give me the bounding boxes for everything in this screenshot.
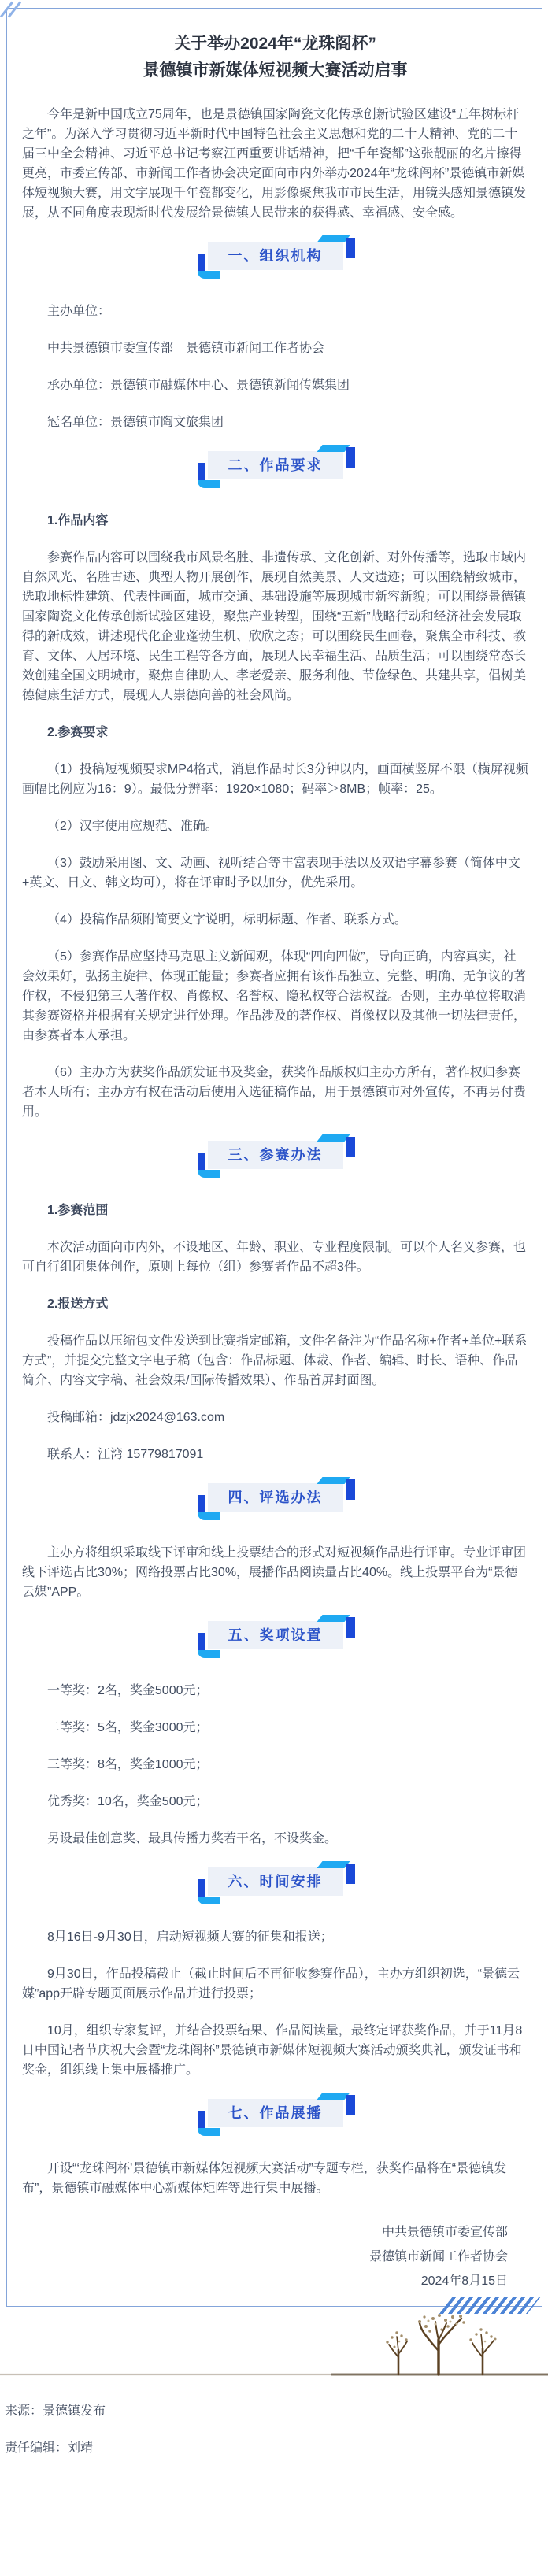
paragraph: 投稿作品以压缩包文件发送到比赛指定邮箱，文件名备注为“作品名称+作者+单位+联系…	[22, 1331, 528, 1390]
ribbon-right-bar-icon	[346, 2095, 355, 2115]
ribbon-left-bar-icon	[198, 2111, 205, 2129]
signature-block: 中共景德镇市委宣传部 景德镇市新闻工作者协会 2024年8月15日	[22, 2222, 528, 2292]
ribbon-right-bar-icon	[346, 1479, 355, 1500]
ribbon-left-foot-icon	[198, 480, 220, 488]
ribbon-left-bar-icon	[198, 463, 205, 481]
section-heading-work-requirements: 二、作品要求	[22, 451, 528, 479]
subheading: 2.报送方式	[22, 1294, 528, 1314]
host-unit-label: 主办单位：	[22, 302, 528, 321]
ribbon-left-foot-icon	[198, 2128, 220, 2136]
section-heading-organization: 一、组织机构	[22, 242, 528, 270]
ribbon-right-bar-icon	[346, 1137, 355, 1157]
submission-email-line: 投稿邮箱：jdzjx2024@163.com	[22, 1408, 528, 1427]
ribbon-left-foot-icon	[198, 1512, 220, 1520]
section-heading-text: 六、时间安排	[228, 1874, 323, 1889]
article-title-line2: 景德镇市新媒体短视频大赛活动启事	[22, 57, 528, 84]
paragraph: 主办方将组织采取线下评审和线上投票结合的形式对短视频作品进行评审。专业评审团线下…	[22, 1543, 528, 1602]
paragraph: （4）投稿作品须附简要文字说明，标明标题、作者、联系方式。	[22, 910, 528, 930]
award-third-prize: 三等奖：8名，奖金1000元；	[22, 1755, 528, 1775]
paragraph: （3）鼓励采用图、文、动画、视听结合等丰富表现手法以及双语字幕参赛（简体中文+英…	[22, 853, 528, 893]
diagonal-stripes-icon	[439, 2297, 540, 2314]
footer-editor: 责任编辑：刘靖	[5, 2438, 548, 2458]
section-heading-entry-method: 三、参赛办法	[22, 1141, 528, 1169]
ribbon-left-bar-icon	[198, 1879, 205, 1897]
schedule-collection-line: 8月16日-9月30日，启动短视频大赛的征集和报送；	[22, 1927, 528, 1947]
section-heading-box: 二、作品要求	[208, 451, 343, 479]
title-sponsor-line: 冠名单位：景德镇市陶文旅集团	[22, 413, 528, 432]
ribbon-left-foot-icon	[198, 1650, 220, 1658]
subheading: 1.作品内容	[22, 511, 528, 531]
article-page: 关于举办2024年“龙珠阁杯” 景德镇市新媒体短视频大赛活动启事 今年是新中国成…	[0, 8, 548, 2458]
organizer-unit-line: 承办单位：景德镇市融媒体中心、景德镇新闻传媒集团	[22, 376, 528, 395]
section-heading-text: 四、评选办法	[228, 1490, 323, 1505]
schedule-deadline-line: 9月30日，作品投稿截止（截止时间后不再征收参赛作品），主办方组织初选，“景德云…	[22, 1964, 528, 2004]
section-heading-text: 三、参赛办法	[228, 1147, 323, 1163]
section-heading-box: 七、作品展播	[208, 2099, 343, 2127]
host-unit-names: 中共景德镇市委宣传部 景德镇市新闻工作者协会	[22, 339, 528, 358]
section-heading-text: 七、作品展播	[228, 2105, 323, 2121]
signature-date: 2024年8月15日	[22, 2271, 508, 2292]
section-heading-box: 三、参赛办法	[208, 1141, 343, 1169]
section-heading-awards: 五、奖项设置	[22, 1621, 528, 1649]
ribbon-right-bar-icon	[346, 1864, 355, 1884]
section-heading-box: 六、时间安排	[208, 1867, 343, 1896]
section-heading-schedule: 六、时间安排	[22, 1867, 528, 1896]
paragraph: 开设“‘龙珠阁杯’景德镇市新媒体短视频大赛活动”专题专栏，获奖作品将在“景德镇发…	[22, 2159, 528, 2198]
paragraph: （1）投稿短视频要求MP4格式，消息作品时长3分钟以内，画面横竖屏不限（横屏视频…	[22, 760, 528, 799]
article-title-line1: 关于举办2024年“龙珠阁杯”	[22, 31, 528, 57]
paragraph: （2）汉字使用应规范、准确。	[22, 816, 528, 836]
paragraph: （6）主办方为获奖作品颁发证书及奖金，获奖作品版权归主办方所有，著作权归参赛者本…	[22, 1063, 528, 1122]
ribbon-left-bar-icon	[198, 1633, 205, 1651]
section-heading-box: 一、组织机构	[208, 242, 343, 270]
corner-slashes-icon	[5, 0, 36, 25]
ribbon-right-bar-icon	[346, 1617, 355, 1638]
section-heading-showcase: 七、作品展播	[22, 2099, 528, 2127]
section-heading-judging-method: 四、评选办法	[22, 1483, 528, 1512]
ribbon-left-foot-icon	[198, 1170, 220, 1178]
award-first-prize: 一等奖：2名，奖金5000元；	[22, 1681, 528, 1701]
award-extra-prizes: 另设最佳创意奖、最具传播力奖若干名，不设奖金。	[22, 1829, 528, 1849]
award-second-prize: 二等奖：5名，奖金3000元；	[22, 1718, 528, 1738]
ribbon-left-foot-icon	[198, 1897, 220, 1904]
contact-person-line: 联系人：江湾 15779817091	[22, 1445, 528, 1464]
signature-org-1: 中共景德镇市委宣传部	[22, 2222, 508, 2243]
section-heading-text: 二、作品要求	[228, 457, 323, 473]
schedule-final-review-line: 10月，组织专家复评，并结合投票结果、作品阅读量，最终定评获奖作品，并于11月8…	[22, 2021, 528, 2080]
ribbon-right-bar-icon	[346, 447, 355, 468]
ribbon-right-bar-icon	[346, 238, 355, 258]
ribbon-left-bar-icon	[198, 1495, 205, 1513]
article-title: 关于举办2024年“龙珠阁杯” 景德镇市新媒体短视频大赛活动启事	[22, 31, 528, 84]
paragraph: （5）参赛作品应坚持马克思主义新闻观，体现“四向四做”，导向正确，内容真实，社会…	[22, 947, 528, 1046]
paragraph: 参赛作品内容可以围绕我市风景名胜、非遗传承、文化创新、对外传播等，选取市域内自然…	[22, 548, 528, 705]
section-heading-box: 五、奖项设置	[208, 1621, 343, 1649]
signature-org-2: 景德镇市新闻工作者协会	[22, 2246, 508, 2267]
section-heading-text: 一、组织机构	[228, 248, 323, 264]
footer-source: 来源：景德镇发布	[5, 2401, 548, 2421]
section-heading-text: 五、奖项设置	[228, 1627, 323, 1643]
ribbon-left-foot-icon	[198, 271, 220, 279]
trees-illustration	[0, 2308, 548, 2390]
paragraph: 本次活动面向市内外，不设地区、年龄、职业、专业程度限制。可以个人名义参赛，也可自…	[22, 1238, 528, 1277]
award-excellence-prize: 优秀奖：10名，奖金500元；	[22, 1792, 528, 1812]
article-border-box: 关于举办2024年“龙珠阁杯” 景德镇市新媒体短视频大赛活动启事 今年是新中国成…	[6, 8, 542, 2307]
ribbon-left-bar-icon	[198, 1153, 205, 1171]
ribbon-left-bar-icon	[198, 254, 205, 272]
intro-paragraph: 今年是新中国成立75周年，也是景德镇国家陶瓷文化传承创新试验区建设“五年树标杆之…	[22, 105, 528, 223]
subheading: 1.参赛范围	[22, 1201, 528, 1220]
subheading: 2.参赛要求	[22, 723, 528, 742]
section-heading-box: 四、评选办法	[208, 1483, 343, 1512]
